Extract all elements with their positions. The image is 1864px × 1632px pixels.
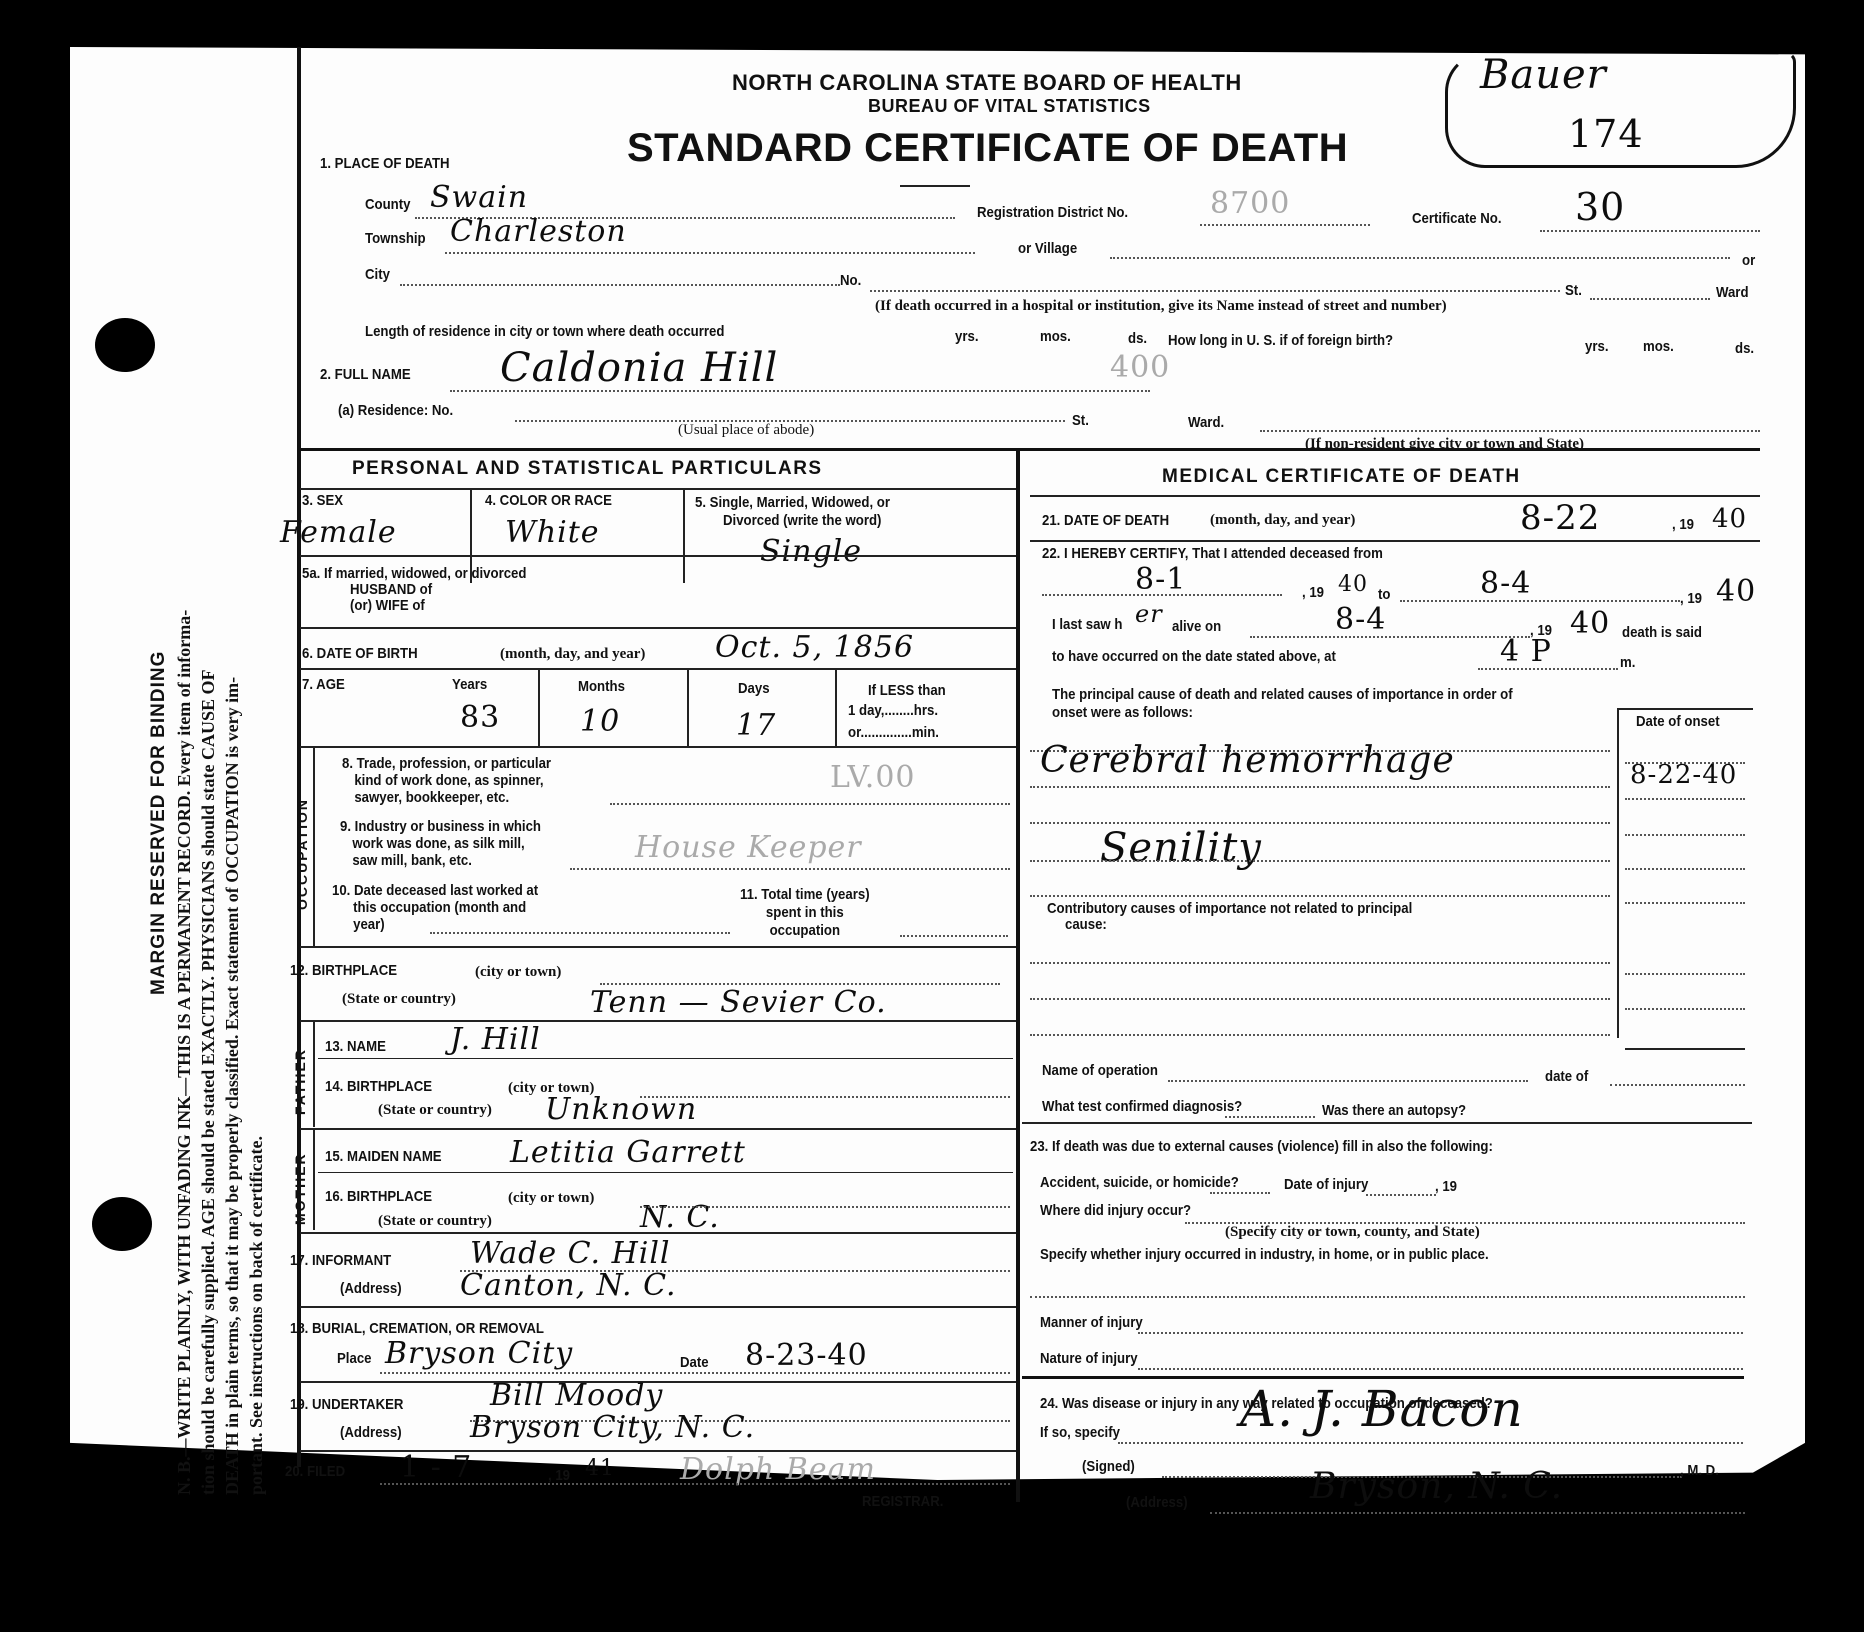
full-name-stamp: 400 [1110,350,1170,385]
last-saw-pronoun[interactable]: er [1135,600,1163,628]
birthplace-city-hint: (city or town) [475,964,561,981]
mother-maiden-label: 15. MAIDEN NAME [325,1148,442,1165]
undertaker-address-field[interactable]: Bryson City, N. C. [470,1410,755,1445]
father-name-field[interactable]: J. Hill [450,1022,541,1057]
dod-field[interactable]: 8-22 [1520,498,1600,538]
registration-district-field[interactable]: 8700 [1210,186,1290,221]
rule [683,488,685,583]
yrs-label: yrs. [955,328,978,345]
age-label: 7. AGE [302,676,345,693]
manner-label: Manner of injury [1040,1314,1143,1331]
filed-date-field[interactable]: 1 - 7 [400,1450,472,1485]
mos-label-2: mos. [1643,338,1674,355]
trade-line [610,803,1010,805]
informant-address-field[interactable]: Canton, N. C. [460,1268,677,1303]
corner-number: 174 [1568,112,1644,156]
principal-label-1: The principal cause of death and related… [1052,686,1513,703]
to-label: to [1378,586,1390,603]
undertaker-field[interactable]: Bill Moody [490,1378,663,1413]
rule [300,627,1016,629]
min-label: or..............min. [848,724,939,741]
nature-line [1138,1368,1743,1370]
contributory-label-1: Contributory causes of importance not re… [1047,900,1412,917]
full-name-field[interactable]: Caldonia Hill [500,345,778,391]
registrar-signature: Dolph Beam [680,1452,876,1487]
township-line [445,252,975,254]
punch-hole-bottom [92,1197,152,1251]
residence-ward-label: Ward. [1188,414,1224,431]
operation-label: Name of operation [1042,1062,1158,1079]
injury-date-label: Date of injury [1284,1176,1368,1193]
center-divider [1016,450,1020,1502]
or-label: or [1742,252,1755,269]
foreign-birth-label: How long in U. S. if of foreign birth? [1168,332,1393,349]
informant-label: 17. INFORMANT [290,1252,391,1269]
dod-year-prefix: , 19 [1672,516,1694,533]
operation-line [1168,1080,1528,1082]
trade-stamp: LV.00 [830,760,916,795]
birthplace-state-hint: (State or country) [342,991,456,1008]
time-field[interactable]: 4 P [1500,634,1552,669]
burial-date-field[interactable]: 8-23-40 [745,1338,868,1373]
from-year-prefix: , 19 [1302,584,1324,601]
registration-district-label: Registration District No. [977,204,1128,221]
full-name-label: 2. FULL NAME [320,366,411,383]
sex-label: 3. SEX [302,492,343,509]
rule [300,488,1016,490]
undertaker-label: 19. UNDERTAKER [290,1396,403,1413]
industry-label-1: 9. Industry or business in which [340,818,541,835]
dod-label: 21. DATE OF DEATH [1042,512,1169,529]
if-so-line [1118,1442,1743,1444]
certify-label: 22. I HEREBY CERTIFY, That I attended de… [1042,545,1383,562]
contrib-line [1030,998,1610,1000]
instruction-line: portant. See instructions on back of cer… [244,610,268,1495]
operation-date-label: date of [1545,1068,1588,1085]
rule [300,1232,1016,1234]
residence-length-label: Length of residence in city or town wher… [365,323,724,340]
race-field[interactable]: White [505,515,600,550]
township-field[interactable]: Charleston [450,214,627,249]
attended-to-line [1400,600,1680,602]
dob-field[interactable]: Oct. 5, 1856 [715,630,914,665]
rule [1022,1122,1752,1124]
trade-label-3: sawyer, bookkeeper, etc. [342,789,551,806]
spouse-label-3: (or) WIFE of [350,597,425,614]
onset-line [1625,1008,1745,1010]
street-line [870,290,1560,292]
city-line [400,284,840,286]
principal-label-2: onset were as follows: [1052,704,1193,721]
autopsy-label: Was there an autopsy? [1322,1102,1466,1119]
accident-label: Accident, suicide, or homicide? [1040,1174,1239,1191]
physician-signature[interactable]: A. J. Bacon [1240,1380,1524,1438]
years-label: Years [452,676,487,693]
to-year-prefix: , 19 [1680,590,1702,607]
attended-to-year-field[interactable]: 40 [1716,574,1756,609]
ds-label-2: ds. [1735,340,1754,357]
rule [1030,540,1760,542]
agency-title: NORTH CAROLINA STATE BOARD OF HEALTH [732,70,1242,96]
injury-year-label: , 19 [1435,1178,1457,1195]
onset-column-divider [1617,708,1619,1038]
cause-line [1030,822,1610,824]
contrib-line [1030,1034,1610,1036]
filed-year-prefix: , 19 [548,1467,570,1484]
age-months-field[interactable]: 10 [580,704,620,739]
age-years-field[interactable]: 83 [460,700,500,735]
rule [687,668,689,746]
dod-hint: (month, day, and year) [1210,512,1355,529]
cause-1-field[interactable]: Cerebral hemorrhage [1040,740,1455,781]
spouse-label-2: HUSBAND of [350,581,432,598]
place-of-death-label: 1. PLACE OF DEATH [320,155,450,172]
cause-line [1030,860,1610,862]
where-injury-label: Where did injury occur? [1040,1202,1191,1219]
informant-field[interactable]: Wade C. Hill [470,1236,671,1271]
ward-label: Ward [1716,284,1749,301]
residence-label: (a) Residence: No. [338,402,453,419]
village-line [1110,257,1730,259]
trade-label: 8. Trade, profession, or particular kind… [342,755,551,806]
signed-label: (Signed) [1082,1458,1135,1475]
industry-field[interactable]: House Keeper [635,830,862,865]
rule [538,668,540,746]
last-saw-line [1250,636,1530,638]
filed-year-field[interactable]: 41 [585,1456,615,1481]
mother-maiden-field[interactable]: Letitia Garrett [510,1135,746,1170]
rule [1625,1048,1745,1050]
industry-label: 9. Industry or business in which work wa… [340,818,541,869]
rule [300,946,1016,948]
specify-whether-label: Specify whether injury occurred in indus… [1040,1246,1489,1263]
ds-label: ds. [1128,330,1147,347]
last-saw-label: I last saw h [1052,616,1122,633]
rule [300,1020,1016,1022]
father-side-label: FATHER [292,1048,308,1115]
rule [313,1128,315,1230]
rule [1030,495,1760,497]
residence-st-label: St. [1072,412,1089,429]
accident-line [1210,1192,1270,1194]
burial-place-field[interactable]: Bryson City [385,1336,573,1371]
birthplace-label: 12. BIRTHPLACE [290,962,397,979]
physician-address-field[interactable]: Bryson, N. C. [1310,1466,1563,1507]
county-label: County [365,196,410,213]
undertaker-address-label: (Address) [340,1424,402,1441]
age-days-field[interactable]: 17 [736,708,776,743]
onset-line [1625,902,1745,904]
onset-header: Date of onset [1636,713,1720,730]
registrar-label: REGISTRAR. [862,1493,943,1510]
mos-label: mos. [1040,328,1071,345]
test-line [1225,1116,1315,1118]
spouse-label-1: 5a. If married, widowed, or divorced [302,565,526,582]
last-worked-label: 10. Date deceased last worked at this oc… [332,882,538,933]
industry-line [570,868,1010,870]
sex-field[interactable]: Female [280,515,397,550]
rule [1618,708,1753,710]
attended-from-year-field[interactable]: 40 [1338,572,1368,597]
total-time-1: 11. Total time (years) [740,886,870,904]
instruction-line: DEATH in plain terms, so that it may be … [220,610,244,1495]
medical-section-title: MEDICAL CERTIFICATE OF DEATH [1162,466,1521,488]
attended-to-field[interactable]: 8-4 [1480,566,1531,601]
burial-date-label: Date [680,1354,709,1371]
days-label: Days [738,680,770,697]
injury-date-line [1366,1194,1436,1196]
industry-label-2: work was done, as silk mill, [340,835,541,852]
burial-place-label: Place [337,1350,371,1367]
mother-state-hint: (State or country) [378,1213,492,1230]
last-worked-2: this occupation (month and [332,899,538,916]
village-label: or Village [1018,240,1077,257]
alive-on-label: alive on [1172,618,1221,635]
ward-line [1590,298,1710,300]
md-label: , M. D. [1680,1462,1719,1479]
dob-label: 6. DATE OF BIRTH [302,645,418,662]
yrs-label-2: yrs. [1585,338,1608,355]
ward-line-2 [1260,430,1760,432]
marital-label-2: Divorced (write the word) [723,512,881,529]
street-no-label: No. [840,272,861,289]
contributory-label-2: cause: [1065,916,1107,933]
bureau-title: BUREAU OF VITAL STATISTICS [868,96,1151,117]
father-name-label: 13. NAME [325,1038,386,1055]
informant-address-label: (Address) [340,1280,402,1297]
onset-line [1625,834,1745,836]
st-label: St. [1565,282,1582,299]
title-rule [900,185,970,187]
onset-1-field[interactable]: 8-22-40 [1630,760,1737,790]
rule [835,668,837,746]
physician-address-label: (Address) [1126,1494,1188,1511]
contrib-line [1030,962,1610,964]
instruction-line: N. B.—WRITE PLAINLY, WITH UNFADING INK—T… [172,610,196,1495]
filed-label: 20. FILED [285,1463,345,1480]
rule [300,555,1016,557]
total-time-2: spent in this [740,904,870,922]
last-worked-1: 10. Date deceased last worked at [332,882,538,899]
marital-label-1: 5. Single, Married, Widowed, or [695,494,890,511]
hrs-label: 1 day,........hrs. [848,702,938,719]
mother-city-hint: (city or town) [508,1190,594,1207]
death-said-label: death is said [1622,624,1702,641]
specify-line [1030,1296,1745,1298]
test-label: What test confirmed diagnosis? [1042,1098,1242,1115]
rule [300,746,1016,748]
certificate-line [1540,230,1760,232]
cause-line [1030,786,1610,788]
occupation-side-label: OCCUPATION [294,798,310,910]
dob-hint: (month, day, and year) [500,646,645,663]
district-line [1200,224,1370,226]
father-birthplace-line [640,1096,1010,1098]
attended-from-field[interactable]: 8-1 [1135,562,1186,597]
last-worked-3: year) [332,916,538,933]
time-suffix: m. [1620,654,1635,671]
birthplace-field[interactable]: Tenn — Sevier Co. [590,985,887,1020]
certificate-no-field[interactable]: 30 [1575,185,1625,229]
hospital-note: (If death occurred in a hospital or inst… [875,298,1447,315]
certificate-no-label: Certificate No. [1412,210,1501,227]
instruction-line: tion should be carefully supplied. AGE s… [196,610,220,1495]
county-field[interactable]: Swain [430,180,528,215]
punch-hole-top [95,318,155,372]
rule [313,746,315,946]
burial-label: 18. BURIAL, CREMATION, OR REMOVAL [290,1320,544,1337]
father-state-hint: (State or country) [378,1102,492,1119]
birthplace-line [600,983,1000,985]
trade-label-1: 8. Trade, profession, or particular [342,755,551,772]
margin-binding-note: MARGIN RESERVED FOR BINDING [148,651,170,995]
burial-line [380,1372,1010,1374]
onset-line [1625,973,1745,975]
mother-birthplace-label: 16. BIRTHPLACE [325,1188,432,1205]
mother-birthplace-line [640,1206,1010,1208]
personal-section-title: PERSONAL AND STATISTICAL PARTICULARS [352,458,823,480]
rule [300,1128,1016,1130]
onset-line [1625,798,1745,800]
filed-line [380,1483,1010,1485]
usual-place-note: (Usual place of abode) [678,422,814,439]
manner-line [1138,1332,1743,1334]
nature-label: Nature of injury [1040,1350,1138,1367]
section-divider [300,448,1760,451]
industry-label-3: saw mill, bank, etc. [340,852,541,869]
total-time-line [900,935,1008,937]
dod-year-field[interactable]: 40 [1712,504,1747,534]
rule [1022,1376,1744,1379]
total-time-3: occupation [740,922,870,940]
rule [300,668,1016,670]
total-time-label: 11. Total time (years) spent in this occ… [740,886,870,940]
certificate-paper [70,47,1805,1532]
city-label: City [365,266,390,283]
mother-side-label: MOTHER [292,1152,308,1225]
less-than-label: If LESS than [868,682,946,699]
rule [300,1306,1016,1308]
last-saw-year-field[interactable]: 40 [1570,606,1610,641]
father-birthplace-label: 14. BIRTHPLACE [325,1078,432,1095]
external-causes-label: 23. If death was due to external causes … [1030,1138,1493,1155]
trade-label-2: kind of work done, as spinner, [342,772,551,789]
months-label: Months [578,678,625,695]
occurred-label: to have occurred on the date stated abov… [1052,648,1336,665]
cause-line [1030,895,1610,897]
physician-address-line [1210,1512,1745,1514]
margin-instructions: N. B.—WRITE PLAINLY, WITH UNFADING INK—T… [172,610,268,1495]
onset-line [1625,868,1745,870]
rule [313,1020,315,1127]
cause-2-field[interactable]: Senility [1100,825,1262,871]
last-worked-line [430,932,730,934]
if-so-label: If so, specify [1040,1424,1120,1441]
marital-field[interactable]: Single [760,534,862,569]
township-label: Township [365,230,426,247]
operation-date-line [1610,1084,1745,1086]
page-title: STANDARD CERTIFICATE OF DEATH [627,126,1348,171]
race-label: 4. COLOR OR RACE [485,492,612,509]
last-saw-date-field[interactable]: 8-4 [1335,602,1386,637]
rule [318,1058,1013,1059]
where-hint: (Specify city or town, county, and State… [1225,1224,1480,1241]
full-name-line [450,390,1150,392]
rule [318,1172,1013,1173]
